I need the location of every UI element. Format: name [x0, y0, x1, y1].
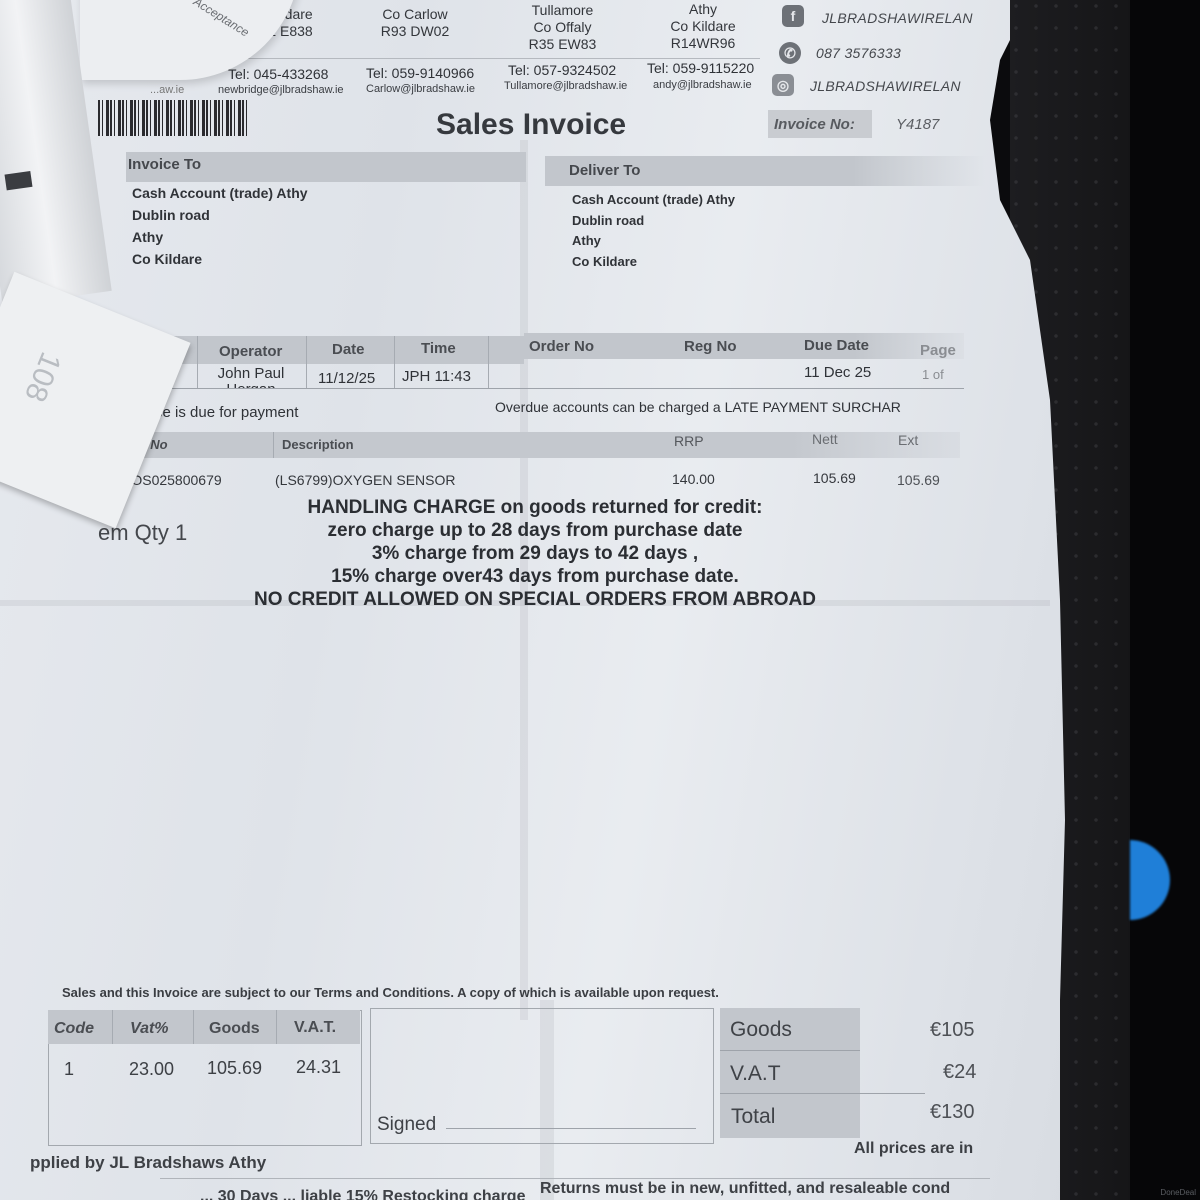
col-ext: Ext — [898, 432, 918, 448]
whatsapp-number: 087 3576333 — [816, 45, 901, 61]
instagram-icon: ◎ — [772, 74, 794, 96]
col-due-date: Due Date — [804, 337, 869, 354]
invoice-number: Y4187 — [896, 116, 939, 133]
whatsapp-icon: ✆ — [779, 42, 801, 64]
tullamore-tel: Tel: 057-9324502 — [508, 62, 616, 78]
ribbon-label — [5, 171, 33, 190]
col-nett: Nett — [812, 431, 838, 447]
vat-code-value: 1 — [64, 1059, 74, 1080]
prices-note: All prices are in — [854, 1140, 973, 1158]
grand-total-value: €130 — [930, 1101, 975, 1124]
restocking-notice: ... 30 Days ... liable 15% Restocking ch… — [200, 1188, 525, 1200]
table-divider — [720, 1093, 925, 1094]
ext-value: 105.69 — [897, 472, 940, 488]
dark-background — [1130, 0, 1200, 1200]
col-time: Time — [421, 340, 456, 357]
table-divider — [720, 1050, 860, 1051]
goods-total-value: €105 — [930, 1019, 975, 1042]
invoice-to-label: Invoice To — [128, 156, 201, 173]
header-divider — [215, 58, 760, 59]
branch-carlow-address: Co Carlow R93 DW02 — [360, 6, 470, 40]
table-divider — [197, 336, 198, 388]
athy-tel: Tel: 059-9115220 — [647, 60, 754, 76]
grand-total-label: Total — [731, 1105, 775, 1129]
instagram-handle: JLBRADSHAWIRELAN — [810, 78, 961, 94]
col-order-no: Order No — [529, 338, 594, 355]
page-title: Sales Invoice — [436, 108, 626, 142]
table-divider — [306, 336, 307, 388]
footer-divider — [160, 1178, 990, 1179]
handling-charge-policy: HANDLING CHARGE on goods returned for cr… — [230, 496, 840, 611]
goods-total-label: Goods — [730, 1018, 792, 1042]
overdue-notice: Overdue accounts can be charged a LATE P… — [495, 399, 901, 415]
returns-notice: Returns must be in new, unfitted, and re… — [540, 1180, 950, 1198]
col-goods: Goods — [209, 1020, 260, 1038]
receipt-stub-text: 108 — [17, 347, 67, 406]
vat-amount-value: 24.31 — [296, 1057, 341, 1078]
vat-pct-value: 23.00 — [129, 1059, 174, 1080]
col-description: Description — [282, 437, 354, 452]
description-value: (LS6799)OXYGEN SENSOR — [275, 472, 456, 488]
carlow-email[interactable]: Carlow@jlbradshaw.ie — [366, 83, 475, 95]
invoice-to-address: Cash Account (trade) Athy Dublin road At… — [132, 182, 308, 270]
athy-email[interactable]: andy@jlbradshaw.ie — [653, 79, 752, 91]
col-rrp: RRP — [674, 433, 704, 449]
branch-athy-address: Athy Co Kildare R14WR96 — [648, 1, 758, 52]
col-date: Date — [332, 341, 365, 358]
branch-tullamore-address: Tullamore Co Offaly R35 EW83 — [505, 2, 620, 53]
table-divider — [112, 1010, 113, 1044]
payment-due-notice: ce is due for payment — [155, 404, 298, 421]
curl-text: Acceptance — [191, 0, 252, 40]
rrp-value: 140.00 — [672, 471, 715, 487]
col-vat-pct: Vat% — [130, 1020, 169, 1038]
signed-label: Signed — [377, 1114, 436, 1136]
time-value: JPH 11:43 — [402, 368, 471, 385]
col-operator: Operator — [219, 343, 282, 360]
col-code: Code — [54, 1020, 94, 1038]
table-divider — [104, 388, 964, 389]
table-divider — [394, 336, 395, 388]
facebook-icon: f — [782, 5, 804, 27]
table-divider — [273, 432, 274, 458]
table-divider — [488, 336, 489, 388]
signature-line — [446, 1128, 696, 1129]
vat-total-label: V.A.T — [730, 1062, 781, 1086]
col-page: Page — [920, 342, 956, 359]
operator-value: John Paul Horgan — [215, 366, 287, 388]
partial-email: ...aw.ie — [150, 84, 184, 96]
supplied-by: pplied by JL Bradshaws Athy — [30, 1153, 266, 1173]
tullamore-email[interactable]: Tullamore@jlbradshaw.ie — [504, 80, 627, 92]
page-value: 1 of — [922, 367, 944, 382]
deliver-to-label: Deliver To — [569, 162, 640, 179]
table-divider — [276, 1010, 277, 1044]
nett-value: 105.69 — [813, 470, 856, 486]
due-date-value: 11 Dec 25 — [804, 364, 871, 381]
table-divider — [193, 1010, 194, 1044]
terms-notice: Sales and this Invoice are subject to ou… — [62, 985, 719, 1000]
newbridge-tel: Tel: 045-433268 — [228, 66, 328, 82]
vat-total-value: €24 — [943, 1061, 976, 1084]
facebook-handle: JLBRADSHAWIRELAN — [822, 10, 973, 26]
deliver-to-address: Cash Account (trade) Athy Dublin road At… — [572, 190, 735, 272]
invoice-no-label: Invoice No: — [774, 116, 855, 133]
carlow-tel: Tel: 059-9140966 — [366, 65, 474, 81]
watermark: DoneDeal — [1160, 1188, 1196, 1197]
col-reg-no: Reg No — [684, 338, 737, 355]
barcode — [98, 100, 250, 136]
col-vat: V.A.T. — [294, 1019, 336, 1037]
vat-goods-value: 105.69 — [207, 1058, 262, 1079]
date-value: 11/12/25 — [318, 370, 375, 387]
newbridge-email[interactable]: newbridge@jlbradshaw.ie — [218, 84, 344, 96]
